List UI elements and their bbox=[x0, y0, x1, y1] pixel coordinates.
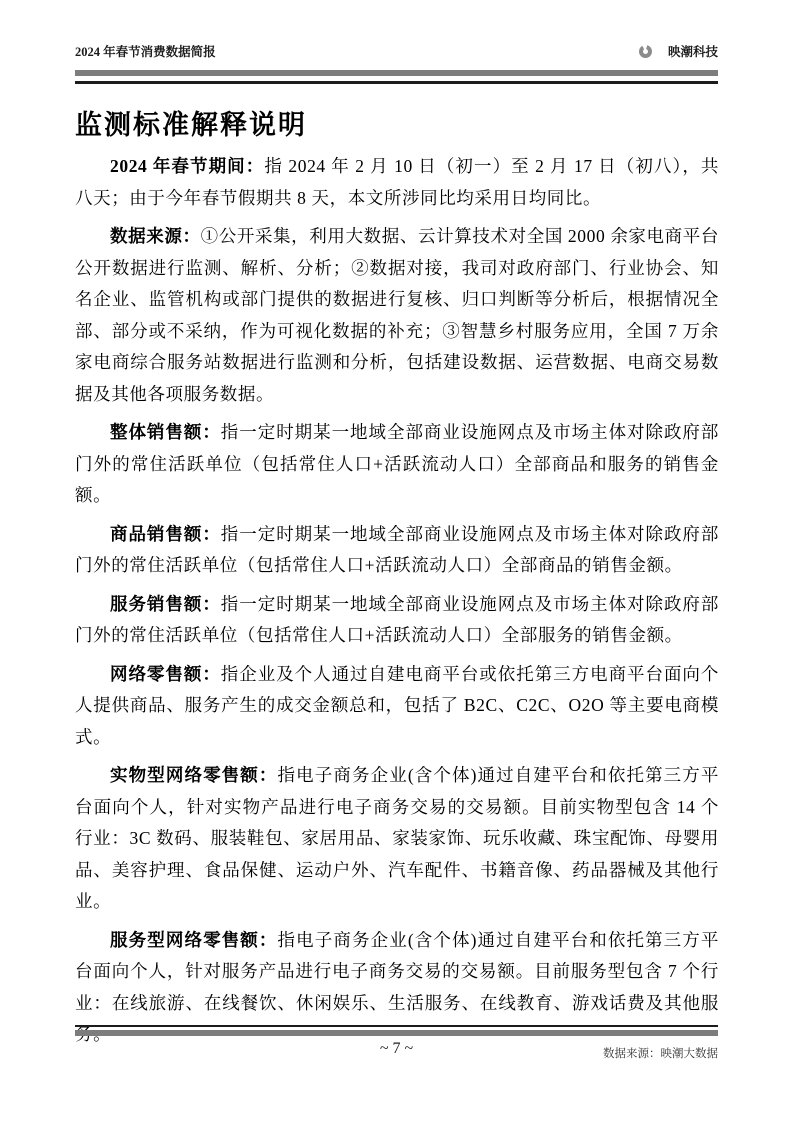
footer-data-source: 数据来源：映潮大数据 bbox=[603, 1045, 718, 1061]
header-company-name: 映潮科技 bbox=[668, 42, 718, 60]
header-brand: 映潮科技 bbox=[639, 42, 718, 60]
definition-term: 整体销售额： bbox=[110, 422, 221, 442]
header-gray-rule bbox=[75, 70, 718, 76]
definition-paragraph-data-source: 数据来源：①公开采集，利用大数据、云计算技术对全国 2000 余家电商平台公开数… bbox=[75, 221, 719, 410]
footer-gray-rule bbox=[75, 1030, 718, 1036]
definition-term: 数据来源： bbox=[110, 226, 201, 246]
swirl-logo-icon bbox=[639, 45, 652, 58]
definition-paragraph-physical-online-retail: 实物型网络零售额：指电子商务企业(含个体)通过自建平台和依托第三方平台面向个人，… bbox=[75, 760, 719, 918]
definition-term: 2024 年春节期间： bbox=[110, 156, 264, 176]
definition-paragraph-service-sales: 服务销售额：指一定时期某一地域全部商业设施网点及市场主体对除政府部门外的常住活跃… bbox=[75, 589, 719, 652]
header-black-rule bbox=[75, 81, 718, 84]
header-report-title: 2024 年春节消费数据简报 bbox=[75, 42, 216, 60]
definition-term: 商品销售额： bbox=[110, 524, 221, 544]
definition-paragraph-spring-festival-period: 2024 年春节期间：指 2024 年 2 月 10 日（初一）至 2 月 17… bbox=[75, 151, 719, 214]
definition-term: 实物型网络零售额： bbox=[110, 765, 278, 785]
footer-black-rule bbox=[75, 1025, 718, 1027]
definition-paragraph-overall-sales: 整体销售额：指一定时期某一地域全部商业设施网点及市场主体对除政府部门外的常住活跃… bbox=[75, 417, 719, 512]
definition-term: 网络零售额： bbox=[110, 664, 221, 684]
section-title: 监测标准解释说明 bbox=[75, 103, 307, 142]
definitions-content: 2024 年春节期间：指 2024 年 2 月 10 日（初一）至 2 月 17… bbox=[75, 151, 719, 1058]
definition-paragraph-online-retail: 网络零售额：指企业及个人通过自建电商平台或依托第三方电商平台面向个人提供商品、服… bbox=[75, 659, 719, 754]
definition-term: 服务销售额： bbox=[110, 594, 221, 614]
definition-body: ①公开采集，利用大数据、云计算技术对全国 2000 余家电商平台公开数据进行监测… bbox=[75, 226, 719, 404]
definition-body: 指电子商务企业(含个体)通过自建平台和依托第三方平台面向个人，针对实物产品进行电… bbox=[75, 765, 719, 911]
definition-paragraph-goods-sales: 商品销售额：指一定时期某一地域全部商业设施网点及市场主体对除政府部门外的常住活跃… bbox=[75, 519, 719, 582]
document-page: 2024 年春节消费数据简报 映潮科技 监测标准解释说明 2024 年春节期间：… bbox=[0, 0, 793, 1122]
definition-term: 服务型网络零售额： bbox=[110, 930, 278, 950]
page-header: 2024 年春节消费数据简报 映潮科技 bbox=[75, 42, 718, 60]
